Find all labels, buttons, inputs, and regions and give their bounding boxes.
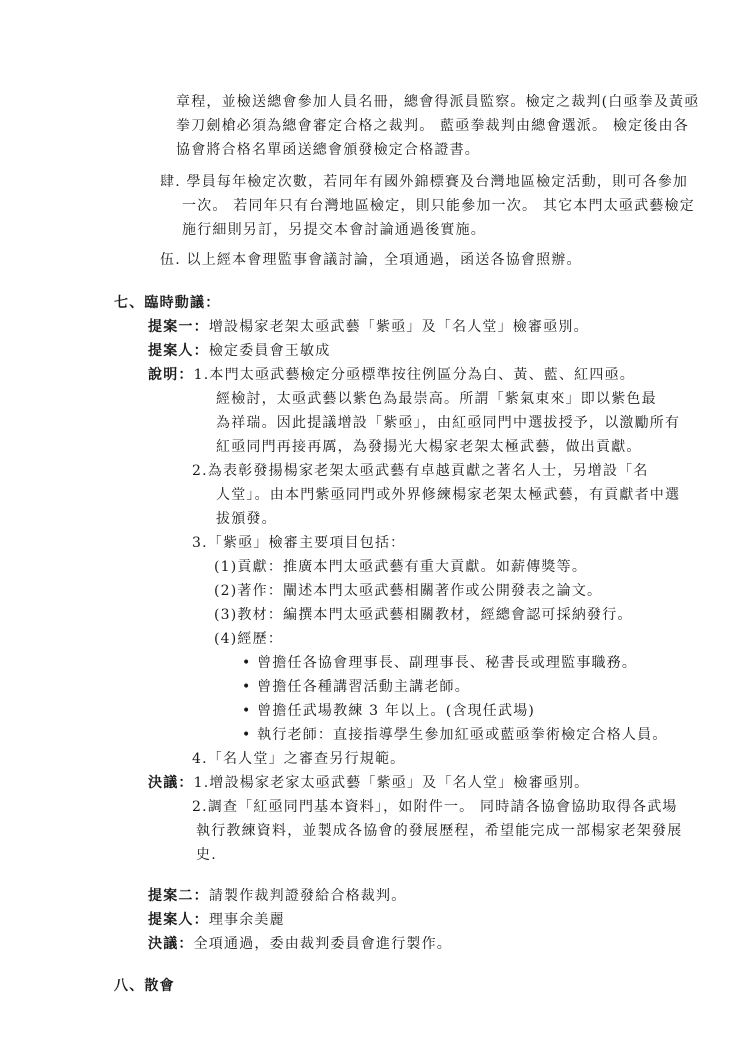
- bullet-icon: •: [242, 703, 251, 719]
- proposal-1-text: 增設楊家老架太亟武藝「紫亟」及「名人堂」檢審亟別。: [209, 319, 589, 335]
- resolution-1-text: 增設楊家老家太亟武藝「紫亟」及「名人堂」檢審亟別。: [209, 775, 589, 791]
- section-8-heading: 八、散會: [114, 978, 175, 994]
- explanation-2-line-2: 人堂」。由本門紫亟同門或外界修練楊家老架太極武藝，有貢獻者中選: [216, 487, 680, 503]
- resolution-1-row-1: 決議：1.增設楊家老家太亟武藝「紫亟」及「名人堂」檢審亟別。: [148, 775, 589, 791]
- proposal-2-row: 提案二：請製作裁判證發給合格裁判。: [148, 888, 406, 904]
- explanation-1-line-4: 紅亟同門再接再厲，為發揚光大楊家老架太極武藝，做出貢獻。: [216, 439, 642, 455]
- experience-bullet-1: • 曾擔任各協會理事長、副理事長、秘書長或理監事職務。: [242, 655, 637, 671]
- bullet-text: 曾擔任各協會理事長、副理事長、秘書長或理監事職務。: [257, 655, 637, 671]
- explanation-4-num: 4.: [192, 751, 208, 767]
- proposal-1-row: 提案一：增設楊家老架太亟武藝「紫亟」及「名人堂」檢審亟別。: [148, 319, 589, 335]
- criteria-2: (2)著作：闡述本門太亟武藝相關著作或公開發表之論文。: [214, 583, 602, 599]
- explanation-3-row: 3.「紫亟」檢審主要項目包括：: [192, 535, 405, 551]
- section-7-heading: 七、臨時動議：: [114, 295, 220, 311]
- explanation-2-num: 2.: [192, 463, 208, 479]
- bullet-icon: •: [242, 679, 251, 695]
- resolution-2-row: 2.調查「紅亟同門基本資料」，如附件一。 同時請各協會協助取得各武場: [192, 799, 678, 815]
- resolution-2-num: 2.: [192, 799, 208, 815]
- explanation-row-1: 說明：1.本門太亟武藝檢定分亟標準按往例區分為白、黃、藍、紅四亟。: [148, 367, 635, 383]
- explanation-1-line-1: 本門太亟武藝檢定分亟標準按往例區分為白、黃、藍、紅四亟。: [209, 367, 635, 383]
- proposer-1-row: 提案人：檢定委員會王敏成: [148, 343, 330, 359]
- item-4-line-2: 一次。 若同年只有台灣地區檢定，則只能參加一次。 其它本門太亟武藝檢定: [182, 198, 695, 214]
- bullet-icon: •: [242, 727, 251, 743]
- resolution-1-num: 1.: [194, 775, 210, 791]
- resolution-2-line-2: 執行教練資料，並製成各協會的發展歷程，希望能完成一部楊家老架發展: [196, 823, 682, 839]
- explanation-2-line-1: 為表彰發揚楊家老架太亟武藝有卓越貢獻之著名人士，另增設「名: [208, 463, 649, 479]
- explanation-3-num: 3.: [192, 535, 208, 551]
- resolution-label: 決議：: [148, 775, 194, 791]
- bullet-icon: •: [242, 655, 251, 671]
- resolution-p2-text: 全項通過，委由裁判委員會進行製作。: [194, 936, 452, 952]
- experience-bullet-2: • 曾擔任各種講習活動主講老師。: [242, 679, 470, 695]
- item-5: 伍. 以上經本會理監事會議討論，全項通過，函送各協會照辦。: [160, 252, 582, 268]
- proposer-1-label: 提案人：: [148, 343, 209, 359]
- bullet-text: 曾擔任各種講習活動主講老師。: [257, 679, 470, 695]
- explanation-4-line-1: 「名人堂」之審查另行規範。: [208, 751, 406, 767]
- item-4-line-1: 肆. 學員每年檢定次數，若同年有國外錦標賽及台灣地區檢定活動，則可各參加: [160, 174, 688, 190]
- experience-bullet-3: • 曾擔任武場教練 3 年以上。(含現任武場): [242, 703, 535, 719]
- proposer-1-name: 檢定委員會王敏成: [209, 343, 331, 359]
- experience-bullet-4: • 執行老師：直接指導學生參加紅亟或藍亟拳術檢定合格人員。: [242, 727, 668, 743]
- explanation-1-line-2: 經檢討，太亟武藝以紫色為最崇高。所謂「紫氣東來」即以紫色最: [216, 391, 657, 407]
- criteria-4: (4)經歷：: [214, 631, 283, 647]
- continuation-line-3: 協會將合格名單函送總會頒發檢定合格證書。: [176, 142, 480, 158]
- item-4-line-3: 施行細則另訂，另提交本會討論通過後實施。: [182, 222, 486, 238]
- continuation-line-2: 拳刀劍槍必須為總會審定合格之裁判。 藍亟拳裁判由總會選派。 檢定後由各: [176, 118, 689, 134]
- resolution-2-line-3: 史.: [196, 847, 217, 863]
- resolution-p2-row: 決議：全項通過，委由裁判委員會進行製作。: [148, 936, 452, 952]
- explanation-4-row: 4.「名人堂」之審查另行規範。: [192, 751, 405, 767]
- proposer-2-label: 提案人：: [148, 912, 209, 928]
- criteria-1: (1)貢獻：推廣本門太亟武藝有重大貢獻。如薪傳獎等。: [214, 559, 587, 575]
- explanation-2-row: 2.為表彰發揚楊家老架太亟武藝有卓越貢獻之著名人士，另增設「名: [192, 463, 649, 479]
- proposal-2-label: 提案二：: [148, 888, 209, 904]
- explanation-3-line-1: 「紫亟」檢審主要項目包括：: [208, 535, 406, 551]
- bullet-text: 執行老師：直接指導學生參加紅亟或藍亟拳術檢定合格人員。: [257, 727, 667, 743]
- resolution-2-line-1: 調查「紅亟同門基本資料」，如附件一。 同時請各協會協助取得各武場: [208, 799, 678, 815]
- resolution-p2-label: 決議：: [148, 936, 194, 952]
- proposal-1-label: 提案一：: [148, 319, 209, 335]
- continuation-line-1: 章程，並檢送總會參加人員名冊，總會得派員監察。檢定之裁判(白亟拳及黃亟: [176, 94, 699, 110]
- explanation-1-line-3: 為祥瑞。因此提議增設「紫亟」，由紅亟同門中選拔授予，以激勵所有: [216, 415, 680, 431]
- explanation-2-line-3: 拔頒發。: [216, 511, 277, 527]
- explanation-label: 說明：: [148, 367, 194, 383]
- proposal-2-text: 請製作裁判證發給合格裁判。: [209, 888, 407, 904]
- bullet-text: 曾擔任武場教練 3 年以上。(含現任武場): [257, 703, 535, 719]
- proposer-2-row: 提案人：理事余美麗: [148, 912, 285, 928]
- proposer-2-name: 理事余美麗: [209, 912, 285, 928]
- explanation-1-num: 1.: [194, 367, 210, 383]
- criteria-3: (3)教材：編撰本門太亟武藝相關教材，經總會認可採納發行。: [214, 607, 633, 623]
